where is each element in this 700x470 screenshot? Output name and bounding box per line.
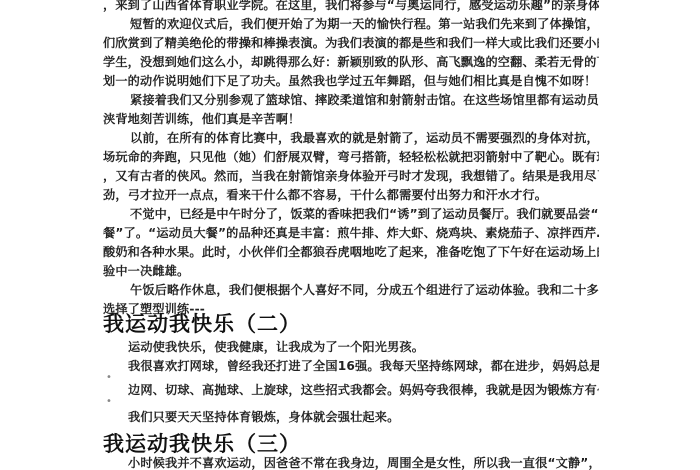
document-page: ，来到了山西省体育职业学院。在这里，我们将参与“与奥运同行，感受运动乐趣”的亲身… [0, 0, 700, 470]
paragraph-line: 我们只要天天坚持体育锻炼，身体就会强壮起来。 [128, 408, 599, 427]
paragraph-line: 小时候我并不喜欢运动，因爸爸不常在我身边，周围全是女性，所以我一直很“文静”，追… [128, 454, 599, 470]
paragraph-line: 们欣赏到了精美绝伦的带操和棒操表演。为我们表演的都是些和我们一样大或比我们还要小… [103, 34, 599, 53]
paragraph-line: 劲，弓才拉开一点点，看来干什么都不容易，干什么都需要付出努力和汗水才行。 [103, 186, 599, 205]
paragraph-line: 不觉中，已经是中午时分了，饭菜的香味把我们“诱”到了运动员餐厅。我们就要品尝“运… [130, 205, 599, 224]
paragraph-line: 短暂的欢迎仪式后，我们便开始了为期一天的愉快行程。第一站我们先来到了体操馆，在这… [130, 15, 599, 34]
paragraph-line: 餐”了。“运动员大餐”的品种还真是丰富：煎牛排、炸大虾、烧鸡块、素烧茄子、凉拌西… [103, 224, 599, 243]
paragraph-line: 午饭后略作休息，我们便根据个人喜好不同，分成五个组进行了运动体验。我和二十多名小… [130, 281, 599, 300]
paragraph-line: ，来到了山西省体育职业学院。在这里，我们将参与“与奥运同行，感受运动乐趣”的亲身… [103, 0, 599, 15]
paragraph-line: 验中一决雌雄。 [103, 262, 599, 281]
paragraph-line: 学生，没想到她们这么小，却跳得那么好：新颖别致的队形、高飞飘逸的空翻、柔若无骨的… [103, 53, 599, 72]
paragraph-line: 浃背地刻苦训练，他们真是辛苦啊！ [103, 110, 599, 129]
paragraph-line: 紧接着我们又分别参观了篮球馆、摔跤柔道馆和射箭射击馆。在这些场馆里都有运动员在汗… [130, 91, 599, 110]
paragraph-line: 酸奶和各种水果。此时，小伙伴们全都狼吞虎咽地吃了起来，准备吃饱了下午好在运动场上… [103, 243, 599, 262]
paragraph-line: 运动使我快乐，使我健康，让我成为了一个阳光男孩。 [128, 338, 599, 357]
bullet-marker: • [106, 396, 112, 407]
paragraph-line: 划一的动作说明她们下足了功夫。虽然我也学过五年舞蹈，但与她们相比真是自愧不如呀！ [103, 72, 599, 91]
paragraph-line: ，又有古者的侠风。然而，当我在射箭馆亲身体验开弓时才发现，我想错了。结果是我用尽… [103, 167, 599, 186]
paragraph-line: 以前，在所有的体育比赛中，我最喜欢的就是射箭了，运动员不需要强烈的身体对抗，不需… [130, 129, 599, 148]
paragraph-line: 场玩命的奔跑，只见他（她）们舒展双臂，弯弓搭箭，轻轻松松就把羽箭射中了靶心。既有… [103, 148, 599, 167]
paragraph-line: 边网、切球、高抛球、上旋球，这些招式我都会。妈妈夸我很棒，我就是因为锻炼方有今天… [128, 381, 599, 400]
bullet-marker: • [106, 372, 112, 383]
paragraph-line: 我很喜欢打网球，曾经我还打进了全国16强。我每天坚持练网球，都在进步，妈妈总是在… [128, 357, 599, 376]
section-heading-2: 我运动我快乐（二） [103, 308, 301, 338]
